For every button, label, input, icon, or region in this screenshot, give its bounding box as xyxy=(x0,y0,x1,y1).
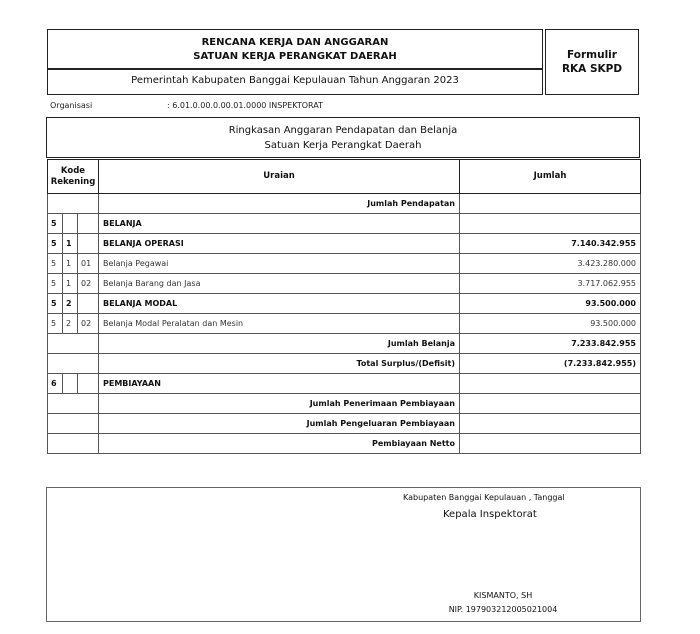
kode-label: Kode xyxy=(48,166,98,177)
uraian-cell: Belanja Modal Peralatan dan Mesin xyxy=(99,314,460,334)
table-row: 5202Belanja Modal Peralatan dan Mesin93.… xyxy=(48,314,641,334)
jumlah-cell: (7.233.842.955) xyxy=(460,354,641,374)
jumlah-cell: 93.500.000 xyxy=(460,294,641,314)
jumlah-cell: 93.500.000 xyxy=(460,314,641,334)
jumlah-cell: 3.717.062.955 xyxy=(460,274,641,294)
kode-2-cell xyxy=(63,374,78,394)
title-divider xyxy=(48,68,542,70)
kode-cell-empty xyxy=(48,434,99,454)
organisasi-label: Organisasi xyxy=(50,101,92,110)
jumlah-cell xyxy=(460,434,641,454)
form-code: RKA SKPD xyxy=(562,62,622,76)
table-row: 52BELANJA MODAL93.500.000 xyxy=(48,294,641,314)
uraian-cell: Jumlah Pengeluaran Pembiayaan xyxy=(99,414,460,434)
rekening-label: Rekening xyxy=(48,177,98,188)
kode-2-cell: 1 xyxy=(63,274,78,294)
signature-place-date: Kabupaten Banggai Kepulauan , Tanggal xyxy=(403,493,565,502)
header-jumlah: Jumlah xyxy=(460,160,641,194)
kode-2-cell: 2 xyxy=(63,294,78,314)
table-row: Jumlah Pendapatan xyxy=(48,194,641,214)
uraian-cell: Jumlah Belanja xyxy=(99,334,460,354)
kode-1-cell: 5 xyxy=(48,254,63,274)
uraian-cell: BELANJA xyxy=(99,214,460,234)
jumlah-cell xyxy=(460,414,641,434)
kode-3-cell xyxy=(78,374,99,394)
uraian-cell: Jumlah Pendapatan xyxy=(99,194,460,214)
kode-2-cell: 1 xyxy=(63,254,78,274)
kode-2-cell xyxy=(63,214,78,234)
table-row: 5101Belanja Pegawai3.423.280.000 xyxy=(48,254,641,274)
budget-table: Kode Rekening Uraian Jumlah Jumlah Penda… xyxy=(47,159,641,454)
organisasi-value: : 6.01.0.00.0.00.01.0000 INSPEKTORAT xyxy=(167,101,323,110)
jumlah-cell xyxy=(460,194,641,214)
table-row: Jumlah Penerimaan Pembiayaan xyxy=(48,394,641,414)
kode-1-cell: 5 xyxy=(48,314,63,334)
kode-cell-empty xyxy=(48,394,99,414)
table-row: Total Surplus/(Defisit)(7.233.842.955) xyxy=(48,354,641,374)
uraian-cell: BELANJA OPERASI xyxy=(99,234,460,254)
uraian-cell: BELANJA MODAL xyxy=(99,294,460,314)
form-label: Formulir xyxy=(562,48,622,62)
header-kode-rekening: Kode Rekening xyxy=(48,160,99,194)
organisasi-row: Organisasi : 6.01.0.00.0.00.01.0000 INSP… xyxy=(50,101,92,110)
form-code-box: Formulir RKA SKPD xyxy=(545,29,639,95)
title-line-1: RENCANA KERJA DAN ANGGARAN xyxy=(48,36,542,50)
jumlah-cell: 3.423.280.000 xyxy=(460,254,641,274)
kode-cell-empty xyxy=(48,354,99,374)
table-row: Jumlah Pengeluaran Pembiayaan xyxy=(48,414,641,434)
table-header-row: Kode Rekening Uraian Jumlah xyxy=(48,160,641,194)
kode-1-cell: 6 xyxy=(48,374,63,394)
report-title: RENCANA KERJA DAN ANGGARAN SATUAN KERJA … xyxy=(48,36,542,64)
table-row: 5102Belanja Barang dan Jasa3.717.062.955 xyxy=(48,274,641,294)
kode-3-cell: 01 xyxy=(78,254,99,274)
kode-3-cell xyxy=(78,234,99,254)
summary-line-2: Satuan Kerja Perangkat Daerah xyxy=(47,138,639,153)
table-row: 51BELANJA OPERASI7.140.342.955 xyxy=(48,234,641,254)
uraian-cell: Pembiayaan Netto xyxy=(99,434,460,454)
uraian-cell: Belanja Barang dan Jasa xyxy=(99,274,460,294)
kode-1-cell: 5 xyxy=(48,234,63,254)
signature-role: Kepala Inspektorat xyxy=(443,509,537,520)
table-row: 6PEMBIAYAAN xyxy=(48,374,641,394)
kode-3-cell: 02 xyxy=(78,314,99,334)
jumlah-cell xyxy=(460,394,641,414)
uraian-cell: Jumlah Penerimaan Pembiayaan xyxy=(99,394,460,414)
summary-line-1: Ringkasan Anggaran Pendapatan dan Belanj… xyxy=(47,123,639,138)
report-subtitle: Pemerintah Kabupaten Banggai Kepulauan T… xyxy=(48,75,542,86)
jumlah-cell xyxy=(460,214,641,234)
jumlah-cell: 7.233.842.955 xyxy=(460,334,641,354)
jumlah-cell: 7.140.342.955 xyxy=(460,234,641,254)
uraian-cell: PEMBIAYAAN xyxy=(99,374,460,394)
kode-3-cell xyxy=(78,214,99,234)
kode-cell-empty xyxy=(48,414,99,434)
kode-2-cell: 1 xyxy=(63,234,78,254)
kode-cell-empty xyxy=(48,194,99,214)
table-row: Pembiayaan Netto xyxy=(48,434,641,454)
table-row: 5BELANJA xyxy=(48,214,641,234)
kode-1-cell: 5 xyxy=(48,214,63,234)
kode-2-cell: 2 xyxy=(63,314,78,334)
kode-3-cell xyxy=(78,294,99,314)
signature-name: KISMANTO, SH xyxy=(47,591,700,600)
uraian-cell: Belanja Pegawai xyxy=(99,254,460,274)
table-row: Jumlah Belanja7.233.842.955 xyxy=(48,334,641,354)
report-title-box: RENCANA KERJA DAN ANGGARAN SATUAN KERJA … xyxy=(47,29,543,95)
jumlah-cell xyxy=(460,374,641,394)
summary-title-box: Ringkasan Anggaran Pendapatan dan Belanj… xyxy=(46,117,640,158)
signature-nip: NIP. 197903212005021004 xyxy=(47,605,700,614)
signature-box: Kabupaten Banggai Kepulauan , Tanggal Ke… xyxy=(46,487,641,622)
kode-1-cell: 5 xyxy=(48,274,63,294)
title-line-2: SATUAN KERJA PERANGKAT DAERAH xyxy=(48,50,542,64)
header-uraian: Uraian xyxy=(99,160,460,194)
uraian-cell: Total Surplus/(Defisit) xyxy=(99,354,460,374)
kode-3-cell: 02 xyxy=(78,274,99,294)
kode-cell-empty xyxy=(48,334,99,354)
kode-1-cell: 5 xyxy=(48,294,63,314)
